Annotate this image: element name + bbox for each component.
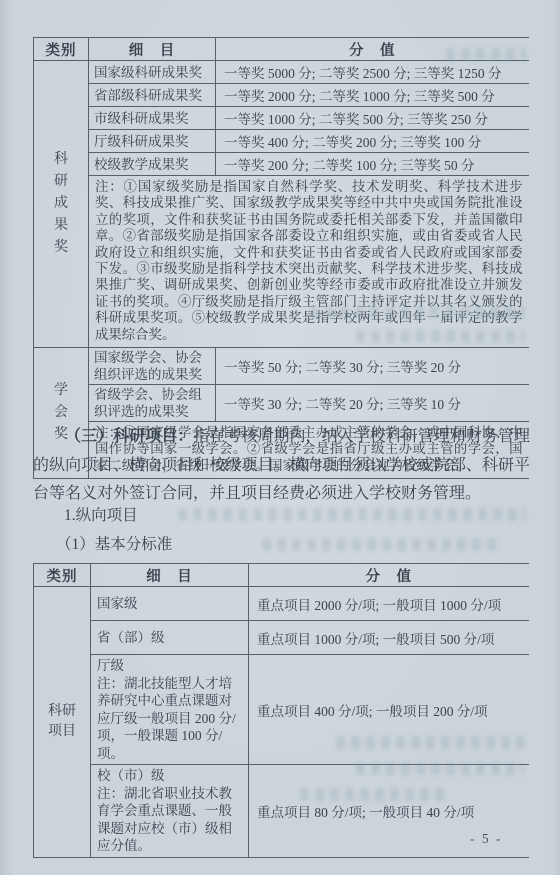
- table-row: 省（部）级 重点项目 1000 分/项; 一般项目 500 分/项: [34, 621, 529, 655]
- section-paragraph: （三）科研项目：指在考核周期内，纳入学校科研管理和财务管理的纵向项目、横向项目和…: [33, 423, 530, 509]
- value-cell: 一等奖 30 分; 二等奖 20 分; 三等奖 10 分: [216, 385, 529, 422]
- value-cell: 一等奖 50 分; 二等奖 30 分; 三等奖 20 分: [216, 348, 529, 385]
- note-cell-research-award: 注：①国家级奖励是指国家自然科学奖、技术发明奖、科学技术进步奖、科技成果推广奖、…: [89, 176, 529, 348]
- category-label: 科研成果奖: [53, 149, 70, 259]
- item-cell: 厅级科研成果奖: [89, 130, 216, 153]
- table-header-row: 类别 细 目 分 值: [34, 564, 529, 587]
- scan-bleed-artifact: [336, 736, 524, 749]
- item-cell: 校级教学成果奖: [89, 153, 216, 176]
- value-cell: 重点项目 1000 分/项; 一般项目 500 分/项: [249, 621, 529, 655]
- subheading-basic-score: （1）基本分标准: [56, 532, 172, 554]
- category-cell-research-project: 科研项目: [34, 587, 91, 858]
- item-cell: 国家级学会、协会组织评选的成果奖: [89, 348, 216, 385]
- category-cell-research-award: 科研成果奖: [34, 61, 89, 348]
- table-row: 省部级科研成果奖 一等奖 2000 分; 二等奖 1000 分; 三等奖 500…: [34, 84, 529, 107]
- scan-bleed-artifact: [356, 330, 524, 343]
- award-score-table: 类别 细 目 分 值 科研成果奖 国家级科研成果奖 一等奖 5000 分; 二等…: [33, 37, 529, 479]
- scan-bleed-artifact: [262, 538, 502, 551]
- item-cell: 市级科研成果奖: [89, 107, 216, 130]
- section-heading: （三）科研项目：: [65, 428, 193, 445]
- item-cell: 国家级科研成果奖: [89, 61, 216, 84]
- header-item: 细 目: [89, 38, 216, 61]
- item-cell: 国家级: [91, 587, 249, 621]
- scan-bleed-artifact: [446, 48, 526, 61]
- table-note-row: 注：①国家级奖励是指国家自然科学奖、技术发明奖、科学技术进步奖、科技成果推广奖、…: [34, 176, 529, 348]
- page-number: - 5 -: [470, 831, 503, 847]
- scanned-document-page: 类别 细 目 分 值 科研成果奖 国家级科研成果奖 一等奖 5000 分; 二等…: [0, 0, 560, 875]
- value-cell: 一等奖 5000 分; 二等奖 2500 分; 三等奖 1250 分: [216, 61, 529, 84]
- subheading-vertical-projects: 1.纵向项目: [64, 503, 138, 525]
- header-category: 类别: [34, 564, 91, 587]
- item-cell: 省级学会、协会组织评选的成果奖: [89, 385, 216, 422]
- scan-bleed-artifact: [356, 762, 524, 775]
- table-row: 校级教学成果奖 一等奖 200 分; 二等奖 100 分; 三等奖 50 分: [34, 153, 529, 176]
- item-cell: 省（部）级: [91, 621, 249, 655]
- scan-bleed-artifact: [300, 788, 450, 801]
- value-cell: 重点项目 2000 分/项; 一般项目 1000 分/项: [249, 587, 529, 621]
- table-row: 市级科研成果奖 一等奖 1000 分; 二等奖 500 分; 三等奖 250 分: [34, 107, 529, 130]
- table-row: 省级学会、协会组织评选的成果奖 一等奖 30 分; 二等奖 20 分; 三等奖 …: [34, 385, 529, 422]
- value-cell: 一等奖 400 分; 二等奖 200 分; 三等奖 100 分: [216, 130, 529, 153]
- value-cell: 一等奖 1000 分; 二等奖 500 分; 三等奖 250 分: [216, 107, 529, 130]
- table-row: 校（市）级 注：湖北省职业技术教育学会重点课题、一般课题对应校（市）级相应分值。…: [34, 765, 529, 858]
- project-score-table: 类别 细 目 分 值 科研项目 国家级 重点项目 2000 分/项; 一般项目 …: [33, 563, 529, 858]
- header-value: 分 值: [249, 564, 529, 587]
- value-cell: 一等奖 200 分; 二等奖 100 分; 三等奖 50 分: [216, 153, 529, 176]
- item-cell-with-note: 厅级 注：湖北技能型人才培养研究中心重点课题对应厅级一般项目 200 分/项，一…: [91, 655, 249, 765]
- category-label: 科研项目: [45, 702, 79, 742]
- value-cell: 一等奖 2000 分; 二等奖 1000 分; 三等奖 500 分: [216, 84, 529, 107]
- header-category: 类别: [34, 38, 89, 61]
- scan-bleed-artifact: [310, 306, 525, 319]
- item-cell-with-note: 校（市）级 注：湖北省职业技术教育学会重点课题、一般课题对应校（市）级相应分值。: [91, 765, 249, 858]
- table-row: 科研项目 国家级 重点项目 2000 分/项; 一般项目 1000 分/项: [34, 587, 529, 621]
- header-item: 细 目: [91, 564, 249, 587]
- scan-bleed-artifact: [178, 508, 526, 521]
- table-row: 学会奖 国家级学会、协会组织评选的成果奖 一等奖 50 分; 二等奖 30 分;…: [34, 348, 529, 385]
- table-row: 厅级科研成果奖 一等奖 400 分; 二等奖 200 分; 三等奖 100 分: [34, 130, 529, 153]
- item-cell: 省部级科研成果奖: [89, 84, 216, 107]
- table-row: 科研成果奖 国家级科研成果奖 一等奖 5000 分; 二等奖 2500 分; 三…: [34, 61, 529, 84]
